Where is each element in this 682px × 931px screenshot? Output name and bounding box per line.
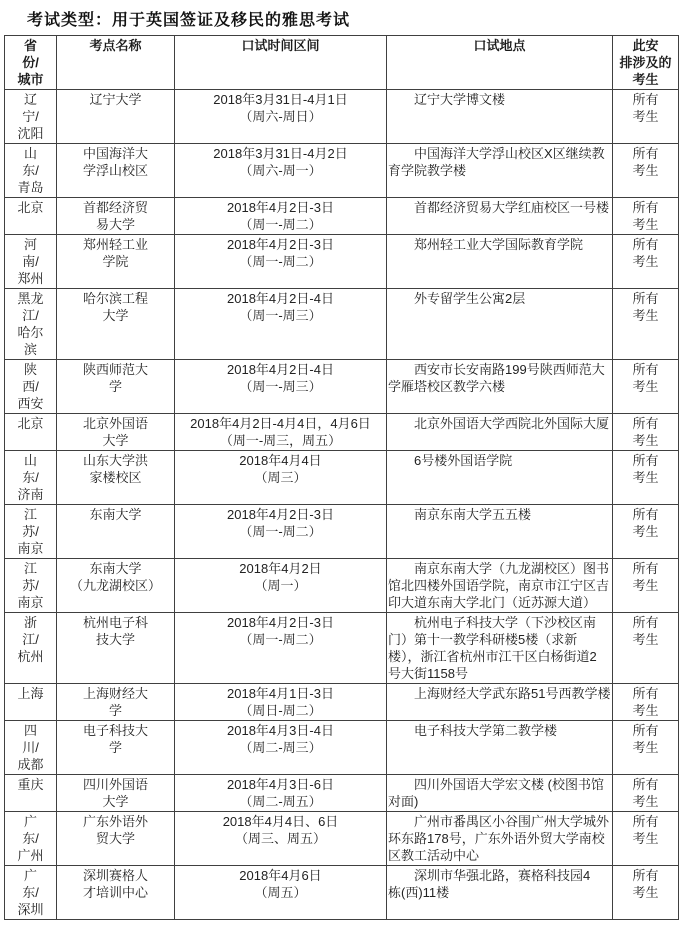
table-row: 陕 西/ 西安陕西师范大 学2018年4月2日-4日 （周一-周三）西安市长安南… [5,360,679,414]
cell-province-city: 江 苏/ 南京 [5,559,57,613]
table-row: 上海上海财经大 学2018年4月1日-3日 （周日-周二）上海财经大学武东路51… [5,684,679,721]
table-row: 浙 江/ 杭州杭州电子科 技大学2018年4月2日-3日 （周一-周二）杭州电子… [5,613,679,684]
cell-province-city: 黑龙 江/ 哈尔 滨 [5,289,57,360]
cell-speaking-time-range: 2018年4月2日 （周一） [175,559,387,613]
cell-venue-name: 广东外语外 贸大学 [57,812,175,866]
table-body: 辽 宁/ 沈阳辽宁大学2018年3月31日-4月1日 （周六-周日）辽宁大学博文… [5,90,679,920]
table-row: 北京首都经济贸 易大学2018年4月2日-3日 （周一-周二）首都经济贸易大学红… [5,198,679,235]
cell-affected-candidates: 所有 考生 [613,451,679,505]
cell-venue-name: 东南大学 [57,505,175,559]
cell-affected-candidates: 所有 考生 [613,812,679,866]
cell-venue-name: 首都经济贸 易大学 [57,198,175,235]
cell-province-city: 四 川/ 成都 [5,721,57,775]
col-header-speaking-location: 口试地点 [387,36,613,90]
cell-affected-candidates: 所有 考生 [613,198,679,235]
cell-speaking-location: 广州市番禺区小谷围广州大学城外 环东路178号，广东外语外贸大学南校 区教工活动… [387,812,613,866]
cell-speaking-location: 北京外国语大学西院北外国际大厦 [387,414,613,451]
cell-province-city: 浙 江/ 杭州 [5,613,57,684]
cell-province-city: 辽 宁/ 沈阳 [5,90,57,144]
cell-affected-candidates: 所有 考生 [613,721,679,775]
cell-speaking-time-range: 2018年4月1日-3日 （周日-周二） [175,684,387,721]
cell-province-city: 山 东/ 青岛 [5,144,57,198]
cell-speaking-time-range: 2018年4月3日-4日 （周二-周三） [175,721,387,775]
cell-speaking-time-range: 2018年4月2日-4月4日，4月6日 （周一-周三，周五） [175,414,387,451]
cell-affected-candidates: 所有 考生 [613,235,679,289]
cell-speaking-location: 中国海洋大学浮山校区X区继续教 育学院教学楼 [387,144,613,198]
cell-affected-candidates: 所有 考生 [613,559,679,613]
table-row: 广 东/ 深圳深圳赛格人 才培训中心2018年4月6日 （周五）深圳市华强北路，… [5,866,679,920]
cell-affected-candidates: 所有 考生 [613,289,679,360]
cell-affected-candidates: 所有 考生 [613,866,679,920]
cell-affected-candidates: 所有 考生 [613,505,679,559]
cell-speaking-location: 郑州轻工业大学国际教育学院 [387,235,613,289]
cell-speaking-time-range: 2018年4月3日-6日 （周二-周五） [175,775,387,812]
cell-speaking-time-range: 2018年4月2日-3日 （周一-周二） [175,235,387,289]
cell-venue-name: 中国海洋大 学浮山校区 [57,144,175,198]
table-row: 山 东/ 济南山东大学洪 家楼校区2018年4月4日 （周三）6号楼外国语学院所… [5,451,679,505]
table-row: 重庆四川外国语 大学2018年4月3日-6日 （周二-周五）四川外国语大学宏文楼… [5,775,679,812]
col-header-province-city: 省 份/ 城市 [5,36,57,90]
document-page: 考试类型：用于英国签证及移民的雅思考试 省 份/ 城市 考点名称 口试时间区间 … [0,7,682,920]
table-row: 四 川/ 成都电子科技大 学2018年4月3日-4日 （周二-周三）电子科技大学… [5,721,679,775]
cell-venue-name: 杭州电子科 技大学 [57,613,175,684]
table-row: 江 苏/ 南京东南大学 （九龙湖校区）2018年4月2日 （周一）南京东南大学（… [5,559,679,613]
cell-venue-name: 山东大学洪 家楼校区 [57,451,175,505]
cell-province-city: 河 南/ 郑州 [5,235,57,289]
cell-province-city: 广 东/ 广州 [5,812,57,866]
cell-affected-candidates: 所有 考生 [613,775,679,812]
cell-affected-candidates: 所有 考生 [613,144,679,198]
cell-speaking-location: 杭州电子科技大学（下沙校区南 门）第十一教学科研楼5楼（求新 楼），浙江省杭州市… [387,613,613,684]
col-header-venue-name: 考点名称 [57,36,175,90]
cell-venue-name: 上海财经大 学 [57,684,175,721]
cell-venue-name: 四川外国语 大学 [57,775,175,812]
cell-speaking-location: 南京东南大学五五楼 [387,505,613,559]
cell-speaking-location: 6号楼外国语学院 [387,451,613,505]
cell-venue-name: 东南大学 （九龙湖校区） [57,559,175,613]
cell-affected-candidates: 所有 考生 [613,414,679,451]
cell-speaking-time-range: 2018年3月31日-4月2日 （周六-周一） [175,144,387,198]
table-row: 北京北京外国语 大学2018年4月2日-4月4日，4月6日 （周一-周三，周五）… [5,414,679,451]
cell-affected-candidates: 所有 考生 [613,90,679,144]
cell-venue-name: 深圳赛格人 才培训中心 [57,866,175,920]
cell-speaking-time-range: 2018年4月2日-3日 （周一-周二） [175,613,387,684]
cell-venue-name: 郑州轻工业 学院 [57,235,175,289]
cell-speaking-time-range: 2018年4月4日 （周三） [175,451,387,505]
header-row: 省 份/ 城市 考点名称 口试时间区间 口试地点 此安 排涉及的 考生 [5,36,679,90]
cell-affected-candidates: 所有 考生 [613,684,679,721]
cell-province-city: 重庆 [5,775,57,812]
cell-speaking-location: 深圳市华强北路，赛格科技园4 栋(西)11楼 [387,866,613,920]
cell-speaking-time-range: 2018年4月2日-3日 （周一-周二） [175,505,387,559]
table-row: 广 东/ 广州广东外语外 贸大学2018年4月4日、6日 （周三、周五）广州市番… [5,812,679,866]
cell-province-city: 上海 [5,684,57,721]
cell-speaking-time-range: 2018年4月2日-4日 （周一-周三） [175,289,387,360]
cell-province-city: 陕 西/ 西安 [5,360,57,414]
cell-speaking-location: 辽宁大学博文楼 [387,90,613,144]
cell-province-city: 江 苏/ 南京 [5,505,57,559]
cell-province-city: 北京 [5,414,57,451]
col-header-affected-candidates: 此安 排涉及的 考生 [613,36,679,90]
cell-speaking-time-range: 2018年4月6日 （周五） [175,866,387,920]
cell-province-city: 广 东/ 深圳 [5,866,57,920]
cell-venue-name: 电子科技大 学 [57,721,175,775]
cell-affected-candidates: 所有 考生 [613,613,679,684]
cell-venue-name: 辽宁大学 [57,90,175,144]
col-header-speaking-time-range: 口试时间区间 [175,36,387,90]
cell-speaking-time-range: 2018年4月4日、6日 （周三、周五） [175,812,387,866]
table-row: 黑龙 江/ 哈尔 滨哈尔滨工程 大学2018年4月2日-4日 （周一-周三）外专… [5,289,679,360]
cell-speaking-location: 上海财经大学武东路51号西教学楼 [387,684,613,721]
page-title: 考试类型：用于英国签证及移民的雅思考试 [27,7,682,30]
cell-speaking-location: 电子科技大学第二教学楼 [387,721,613,775]
cell-speaking-location: 南京东南大学（九龙湖校区）图书 馆北四楼外国语学院，南京市江宁区吉 印大道东南大… [387,559,613,613]
table-row: 辽 宁/ 沈阳辽宁大学2018年3月31日-4月1日 （周六-周日）辽宁大学博文… [5,90,679,144]
cell-venue-name: 北京外国语 大学 [57,414,175,451]
cell-province-city: 山 东/ 济南 [5,451,57,505]
cell-province-city: 北京 [5,198,57,235]
cell-speaking-time-range: 2018年4月2日-3日 （周一-周二） [175,198,387,235]
table-row: 山 东/ 青岛中国海洋大 学浮山校区2018年3月31日-4月2日 （周六-周一… [5,144,679,198]
cell-speaking-time-range: 2018年3月31日-4月1日 （周六-周日） [175,90,387,144]
table-row: 河 南/ 郑州郑州轻工业 学院2018年4月2日-3日 （周一-周二）郑州轻工业… [5,235,679,289]
cell-speaking-location: 首都经济贸易大学红庙校区一号楼 [387,198,613,235]
cell-venue-name: 哈尔滨工程 大学 [57,289,175,360]
ielts-ukvi-speaking-schedule-table: 省 份/ 城市 考点名称 口试时间区间 口试地点 此安 排涉及的 考生 辽 宁/… [4,35,679,920]
cell-venue-name: 陕西师范大 学 [57,360,175,414]
cell-speaking-location: 西安市长安南路199号陕西师范大 学雁塔校区教学六楼 [387,360,613,414]
cell-speaking-time-range: 2018年4月2日-4日 （周一-周三） [175,360,387,414]
cell-affected-candidates: 所有 考生 [613,360,679,414]
table-row: 江 苏/ 南京东南大学2018年4月2日-3日 （周一-周二）南京东南大学五五楼… [5,505,679,559]
cell-speaking-location: 四川外国语大学宏文楼 (校图书馆 对面) [387,775,613,812]
cell-speaking-location: 外专留学生公寓2层 [387,289,613,360]
